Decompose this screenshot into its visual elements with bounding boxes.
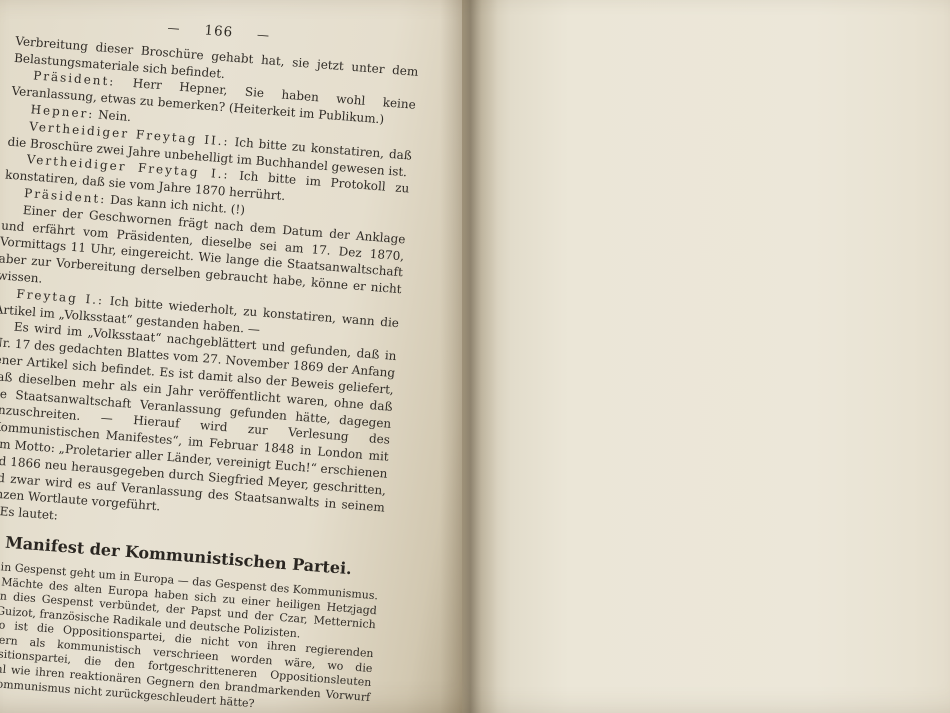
page-number-dash: — [256,26,270,44]
book-photo: — 166 — Verbreitung dieser Broschüre geh… [0,0,950,713]
left-page-text: — 166 — Verbreitung dieser Broschüre geh… [0,8,421,713]
left-flow: Verbreitung dieser Broschüre gehabt hat,… [0,33,419,713]
paragraph: Es wird im „Volksstaat“ nachgeblättert u… [0,317,397,532]
page-left: — 166 — Verbreitung dieser Broschüre geh… [0,0,462,713]
page-number-value: 166 [204,22,234,41]
page-number-dash: — [167,20,181,38]
page-right: — 167 — Zweierlei geht aus dieser Thatsa… [462,0,950,713]
